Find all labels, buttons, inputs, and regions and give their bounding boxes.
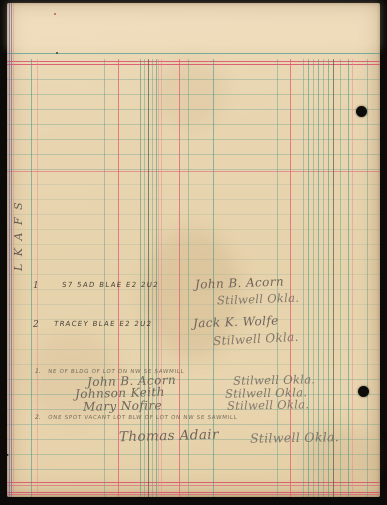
note-number: 2. xyxy=(35,415,41,421)
ruled-hline xyxy=(7,364,380,365)
ruled-hline xyxy=(7,409,380,410)
ruled-vline xyxy=(140,59,141,497)
ruled-vline xyxy=(333,59,334,497)
signature-name: John B. Acorn xyxy=(87,374,176,388)
ruled-vline xyxy=(118,59,119,497)
ruled-vline xyxy=(328,59,329,497)
ruled-vline xyxy=(31,59,32,497)
ruled-vline xyxy=(352,59,353,497)
ruled-vline xyxy=(13,3,14,497)
paper-stain xyxy=(302,428,377,488)
ruled-vline xyxy=(11,3,12,497)
paper-stain xyxy=(155,58,225,128)
entry-name: John B. Acorn xyxy=(195,275,284,290)
ruled-vline xyxy=(213,59,214,497)
ruled-hline xyxy=(7,424,380,425)
ruled-hline xyxy=(7,109,380,110)
ruled-hline xyxy=(7,259,380,260)
ruled-hline xyxy=(7,124,380,125)
ledger-paper: L K A F S 1 S7 5AD BLAE E2 2U2 John B. A… xyxy=(7,3,380,497)
paper-stain xyxy=(7,3,380,49)
ruled-hline xyxy=(7,244,380,245)
signature-place: Stilwell Okla. xyxy=(233,374,316,387)
ruled-hline xyxy=(7,169,380,170)
signature-name: Johnson Keith xyxy=(75,386,165,400)
ruled-vline xyxy=(323,59,324,497)
ruled-hline xyxy=(7,289,380,290)
signature-name: Thomas Adair xyxy=(119,429,219,445)
punch-hole-top xyxy=(356,106,367,117)
entry-number: 1 xyxy=(33,282,39,291)
ruled-vline xyxy=(9,3,10,497)
ruled-hline xyxy=(7,469,380,470)
scanned-ledger-page: L K A F S 1 S7 5AD BLAE E2 2U2 John B. A… xyxy=(0,0,387,505)
ruled-vline xyxy=(367,59,368,497)
ruled-vline xyxy=(188,59,189,497)
ruled-hline xyxy=(7,319,380,320)
entry-place: Stilwell Okla. xyxy=(217,293,300,307)
entry-place: Stilwell Okla. xyxy=(213,331,299,347)
signature-place: Stilwell Okla. xyxy=(225,387,308,400)
paper-stain xyxy=(145,228,240,358)
ruled-vline xyxy=(161,59,162,497)
entry-description: S7 5AD BLAE E2 2U2 xyxy=(62,282,160,289)
ink-speck xyxy=(56,52,58,54)
note-number: 1. xyxy=(35,369,41,375)
margin-note: L K A F S xyxy=(13,200,24,271)
entry-description: TRACEY BLAE E2 2U2 xyxy=(54,321,153,328)
ruled-hline xyxy=(7,439,380,440)
ruled-hline xyxy=(7,379,380,380)
note-text: ONE SPOT VACANT LOT BLW OF LOT ON NW SE … xyxy=(48,416,238,422)
ruled-vline xyxy=(348,59,349,497)
signature-place: Stilwell Okla. xyxy=(250,431,339,445)
ink-speck xyxy=(54,13,56,15)
entry-number: 2 xyxy=(33,321,39,330)
ruled-vline xyxy=(313,59,314,497)
ruled-hline xyxy=(7,214,380,215)
ruled-vline xyxy=(148,59,149,497)
ruled-hline xyxy=(7,53,380,54)
ruled-vline xyxy=(308,59,309,497)
ruled-hline xyxy=(7,79,380,80)
ruled-vline xyxy=(104,59,105,497)
ruled-vline xyxy=(277,59,278,497)
ruled-hline xyxy=(7,482,380,483)
ruled-hline xyxy=(7,454,380,455)
ruled-hline xyxy=(7,199,380,200)
signature-name: Mary Nofire xyxy=(83,399,162,412)
ruled-vline xyxy=(303,59,304,497)
ruled-hline xyxy=(7,184,380,185)
ruled-hline xyxy=(7,171,380,172)
ruled-hline xyxy=(7,61,380,62)
ruled-vline xyxy=(152,59,153,497)
entry-name: Jack K. Wolfe xyxy=(193,315,279,330)
ruled-hline xyxy=(7,229,380,230)
ruled-hline xyxy=(7,64,380,65)
signature-place: Stilwell Okla. xyxy=(227,399,310,412)
ruled-hline xyxy=(7,139,380,140)
ruled-vline xyxy=(156,59,157,497)
ruled-hline xyxy=(7,154,380,155)
punch-hole-bottom xyxy=(358,386,369,397)
ruled-vline xyxy=(179,59,180,497)
ruled-vline xyxy=(318,59,319,497)
ruled-hline xyxy=(7,274,380,275)
ruled-hline xyxy=(7,394,380,395)
ruled-vline xyxy=(37,59,38,497)
ruled-vline xyxy=(340,59,341,497)
ruled-hline xyxy=(7,94,380,95)
ruled-vline xyxy=(144,59,145,497)
ruled-hline xyxy=(7,494,380,495)
ruled-vline xyxy=(158,59,159,497)
ruled-hline xyxy=(7,492,380,493)
ruled-hline xyxy=(7,349,380,350)
note-text: NE OF BLDG OF LOT ON NW SE SAWMILL xyxy=(48,370,185,376)
paper-stain xyxy=(27,333,117,423)
ruled-vline xyxy=(290,59,291,497)
ruled-hline xyxy=(7,485,380,486)
ruled-hline xyxy=(7,304,380,305)
ruled-hline xyxy=(7,334,380,335)
